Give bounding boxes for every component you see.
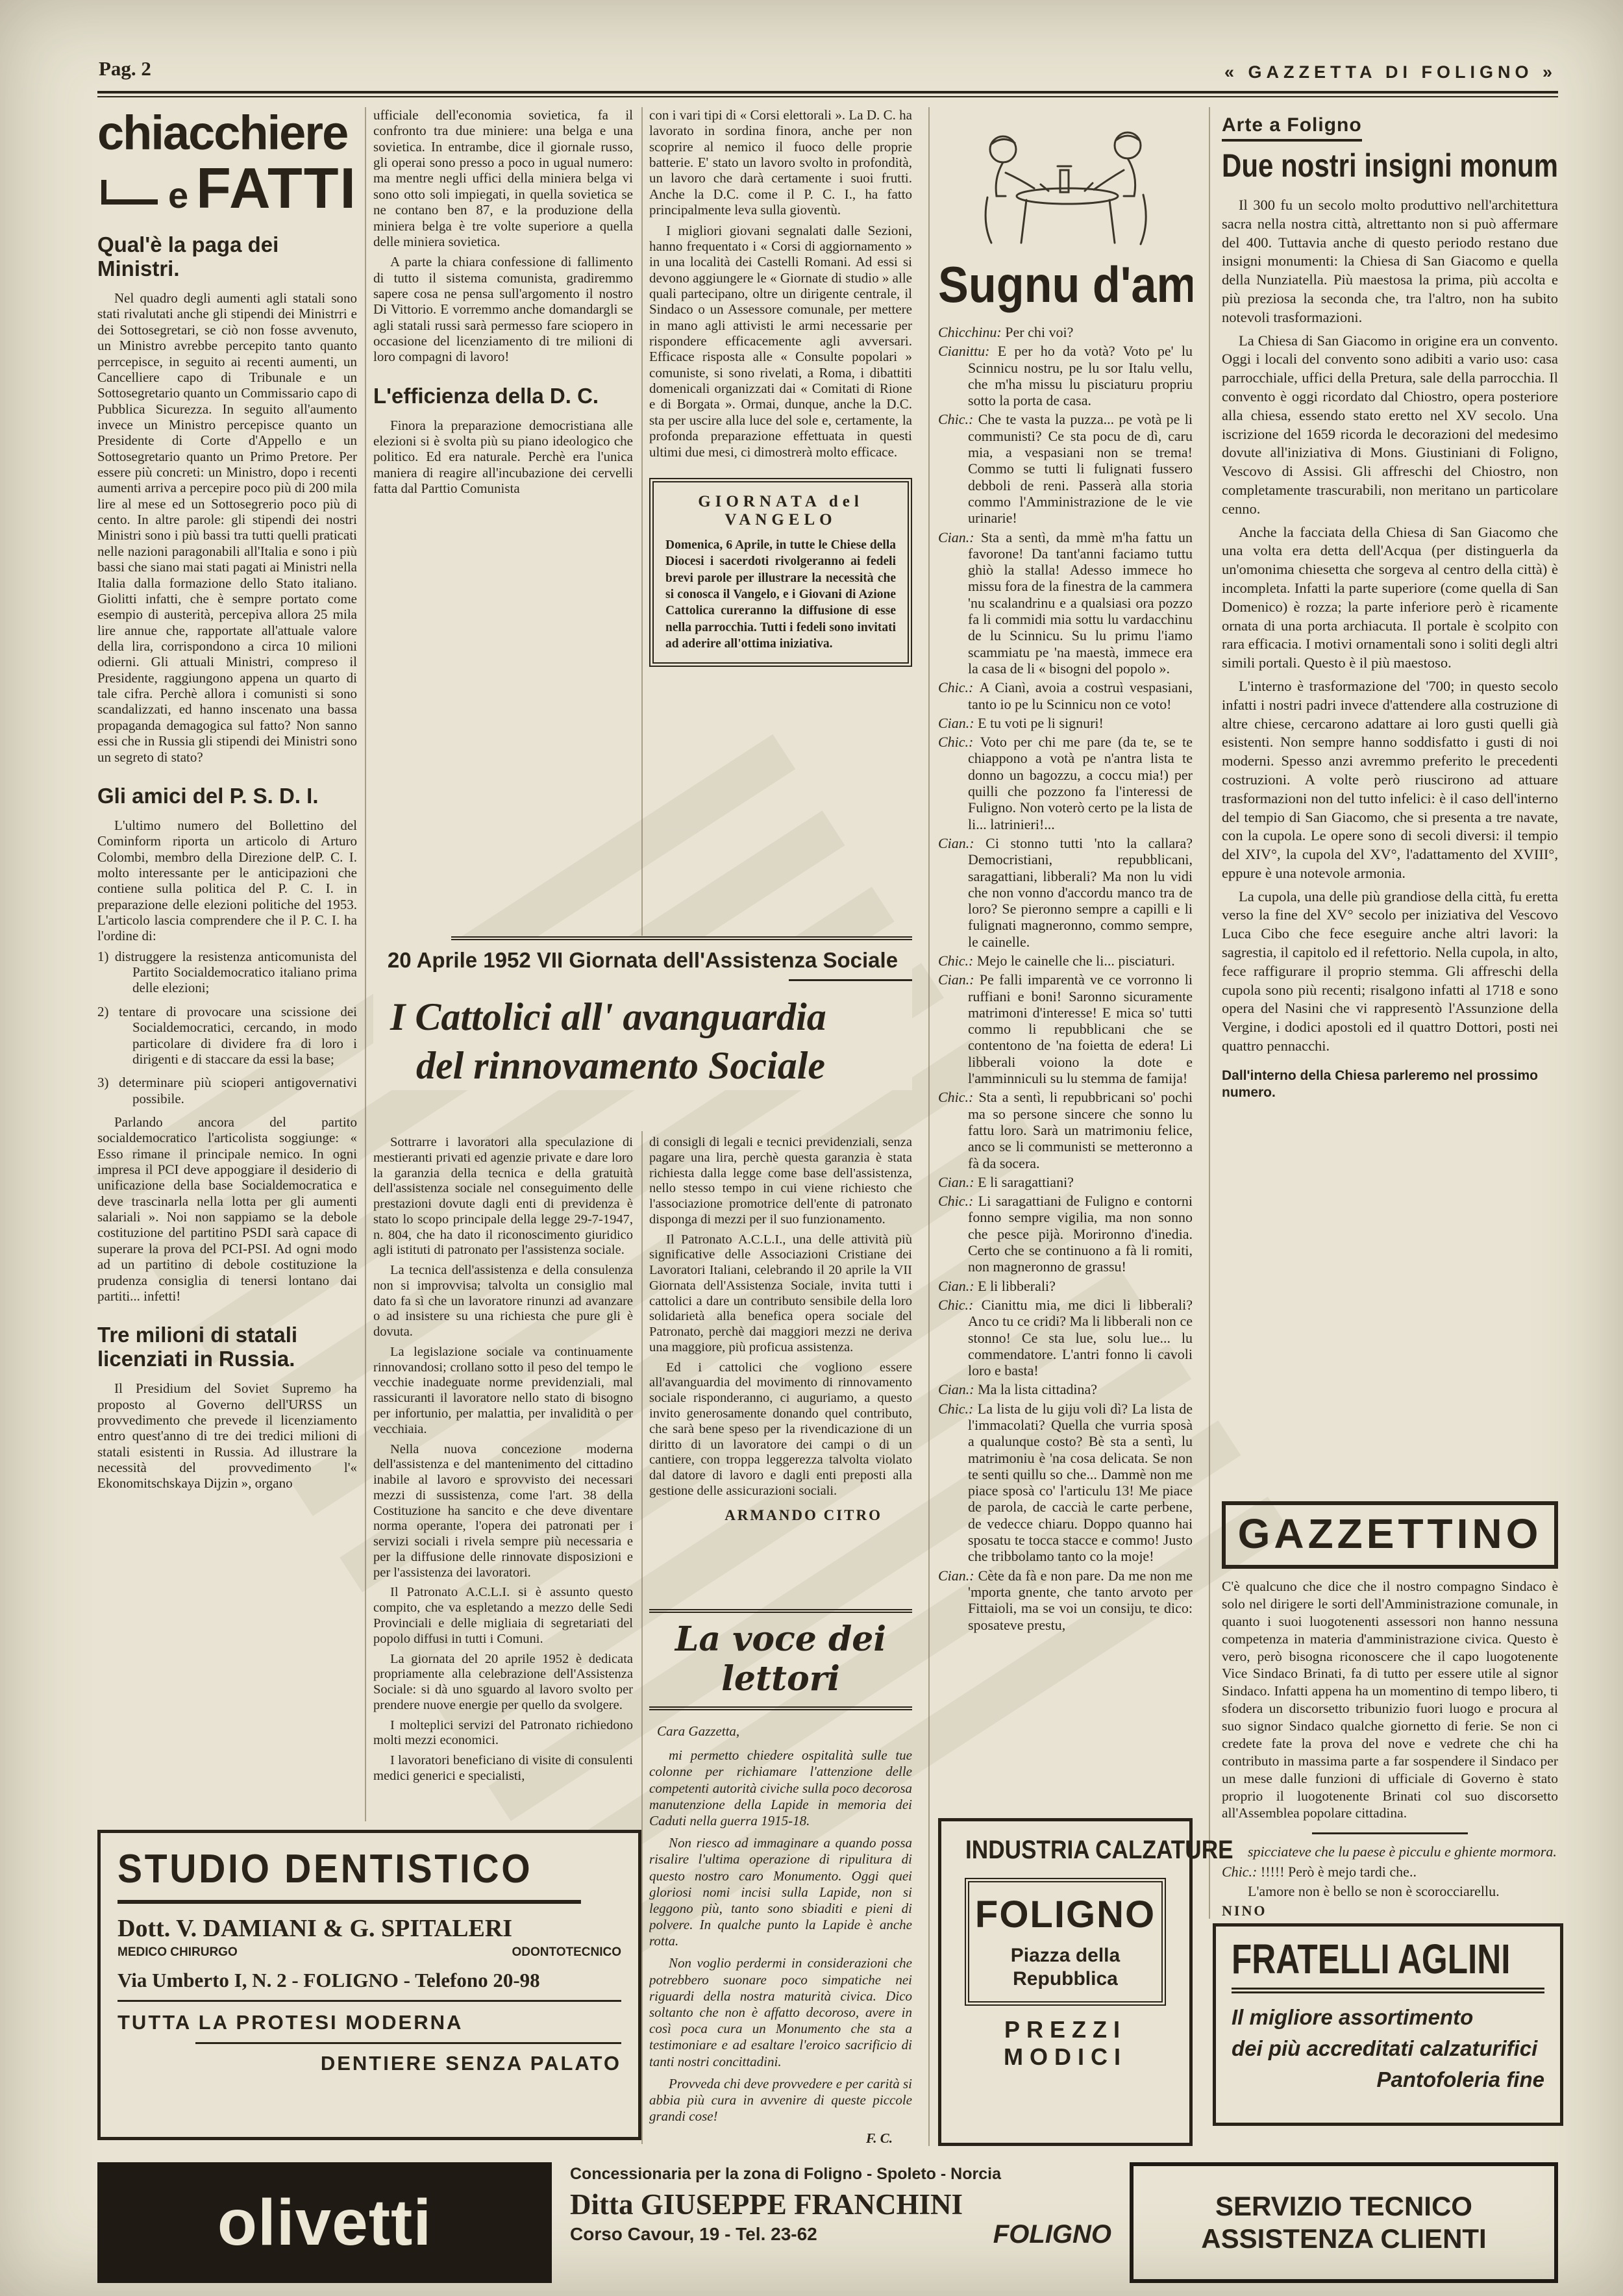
article-title-statali-russia: Tre milioni di statali licenziati in Rus… — [97, 1323, 357, 1371]
dialogue-speaker: Cian.: — [938, 1278, 978, 1294]
article-paragraph: La Chiesa di San Giacomo in origine era … — [1222, 332, 1558, 519]
dialogue-speaker: Cian.: — [938, 835, 985, 851]
ad-calzature-inner-box: FOLIGNO Piazza della Repubblica — [965, 1878, 1166, 2006]
article-paragraph: I lavoratori beneficiano di visite di co… — [373, 1753, 633, 1784]
column-divider — [641, 1131, 643, 2144]
dialogue-line: Cian.: Ma la lista cittadina? — [938, 1381, 1193, 1397]
ad-calzature-addr2: Repubblica — [1013, 1968, 1118, 1990]
article-paragraph: di consigli di legali e tecnici previden… — [649, 1135, 912, 1228]
header-rule — [97, 91, 1558, 97]
numbered-item: 1) distruggere la resistenza anticomunis… — [97, 949, 357, 996]
dialogue-speaker: Chic.: — [938, 1297, 982, 1313]
gazzettino-title-box: GAZZETTINO — [1222, 1501, 1558, 1569]
vangelo-box-text: Domenica, 6 Aprile, in tutte le Chiese d… — [665, 537, 896, 652]
olivetti-ditta: Ditta GIUSEPPE FRANCHINI — [570, 2188, 1111, 2221]
dialogue-line: Cianittu: E per ho da votà? Voto pe' lu … — [938, 343, 1193, 408]
dialogue-speaker: Cian.: — [938, 1381, 978, 1397]
column-4: Sugnu d'amore Chicchinu: Per chi voi?Cia… — [938, 107, 1193, 1812]
newspaper-page: Pag. 2 « GAZZETTA DI FOLIGNO » chiacchie… — [0, 0, 1623, 2296]
article-paragraph: Ed i cattolici che vogliono essere all'a… — [649, 1360, 912, 1499]
arte-foligno-title: Due nostri insigni monumenti — [1222, 149, 1504, 182]
article-outro-amici-psdi: Parlando ancora del partito socialdemocr… — [97, 1114, 357, 1304]
sugnu-damore-dialogue: Chicchinu: Per chi voi?Cianittu: E per h… — [938, 324, 1193, 1633]
article-paragraph: Il Presidium del Soviet Supremo ha propo… — [97, 1380, 357, 1491]
feature-body-left: Sottrarre i lavoratori alla speculazione… — [373, 1135, 633, 1784]
dialogue-line: Cian.: Pe falli imparentà ve ce vorronno… — [938, 971, 1193, 1086]
article-paragraph: ufficiale dell'economia sovietica, fa il… — [373, 107, 633, 249]
dialogue-speaker: Chic.: — [1222, 1864, 1257, 1880]
olivetti-service-box: SERVIZIO TECNICO ASSISTENZA CLIENTI — [1130, 2162, 1558, 2283]
dialogue-speaker: Cianittu: — [938, 343, 998, 359]
dialogue-line: Chic.: Sta a sentì, li repubbricani so' … — [938, 1089, 1193, 1171]
dialogue-line: Chic.: La lista de lu giju voli dì? La l… — [938, 1401, 1193, 1565]
column-5: Arte a Foligno Due nostri insigni monume… — [1222, 114, 1558, 1496]
kicker-rule — [451, 936, 912, 940]
dialogue-speaker: Chic.: — [938, 1401, 978, 1417]
masthead-title: « GAZZETTA DI FOLIGNO » — [1224, 62, 1557, 82]
two-men-talking-at-table-illustration — [938, 110, 1193, 253]
article-list-amici-psdi: 1) distruggere la resistenza anticomunis… — [97, 949, 357, 1106]
article-title-paga-ministri: Qual'è la paga dei Ministri. — [97, 233, 357, 281]
feature-headline-line1: I Cattolici all' avanguardia — [373, 993, 912, 1042]
feature-body-right: di consigli di legali e tecnici previden… — [649, 1135, 912, 1499]
dialogue-speaker: Chic.: — [938, 411, 978, 427]
gazzettino-title: GAZZETTINO — [1238, 1510, 1542, 1557]
dialogue-speaker: Chic.: — [938, 679, 980, 695]
ad-aglini-title: FRATELLI AGLINI — [1232, 1938, 1482, 1980]
feature-assistenza-sociale: 20 Aprile 1952 VII Giornata dell'Assiste… — [373, 936, 912, 1090]
ad-dentist-role-left: MEDICO CHIRURGO — [118, 1945, 238, 1960]
column-divider — [365, 107, 366, 1821]
dialogue-line: Cian.: E tu voti pe li signuri! — [938, 715, 1193, 731]
feature-signature: ARMANDO CITRO — [649, 1507, 912, 1524]
dialogue-speaker: Chic.: — [938, 1089, 979, 1105]
ad-aglini-line2: dei più accreditati calzaturifici — [1232, 2036, 1544, 2061]
dialogue-line: Chic.: A Cianì, avoia a costruì vespasia… — [938, 679, 1193, 712]
column-2: ufficiale dell'economia sovietica, fa il… — [373, 107, 633, 933]
article-paragraph: Anche la facciata della Chiesa di San Gi… — [1222, 523, 1558, 673]
giornata-del-vangelo-box: GIORNATA del VANGELO Domenica, 6 Aprile,… — [649, 478, 912, 667]
article-title-amici-psdi: Gli amici del P. S. D. I. — [97, 784, 357, 808]
feature-kicker: 20 Aprile 1952 VII Giornata dell'Assiste… — [373, 948, 912, 973]
ad-calzature-footer: PREZZI MODICI — [952, 2016, 1179, 2071]
dialogue-line: Cian.: E li saragattiani? — [938, 1174, 1193, 1190]
chiacchiere-e-fatti-logo: chiacchiere e FATTI — [97, 109, 357, 214]
letter-paragraph: mi permetto chiedere ospitalità sulle tu… — [649, 1747, 912, 1829]
letter-paragraph: Provveda chi deve provvedere e per carit… — [649, 2076, 912, 2125]
ad-dentist-title: STUDIO DENTISTICO — [118, 1846, 581, 1904]
letter-paragraph: Non voglio perdermi in considerazioni ch… — [649, 1955, 912, 2069]
dialogue-line: Cian.: E li libberali? — [938, 1278, 1193, 1294]
ad-aglini-rule — [1232, 1988, 1544, 1993]
sugnu-damore-closing: spicciateve che lu paese è picculu e ghi… — [1222, 1843, 1558, 1920]
dialogue-line: Chicchinu: Per chi voi? — [938, 324, 1193, 340]
ad-aglini-line3: Pantofoleria fine — [1232, 2067, 1544, 2092]
arte-foligno-kicker: Arte a Foligno — [1222, 114, 1362, 142]
ad-calzature-addr1: Piazza della — [1011, 1945, 1120, 1966]
article-paragraph: Sottrarre i lavoratori alla speculazione… — [373, 1135, 633, 1258]
article-paragraph: Il Patronato A.C.L.I. si è assunto quest… — [373, 1585, 633, 1647]
ad-dentist-doctors: Dott. V. DAMIANI & G. SPITALERI — [118, 1914, 621, 1943]
column-divider — [641, 107, 643, 936]
dialogue-speaker: Cian.: — [938, 1174, 978, 1190]
dialogue-line: Chic.: Voto per chi me pare (da te, se t… — [938, 734, 1193, 832]
letter-signature: F. C. — [649, 2130, 912, 2147]
article-body-efficienza-dc-col2: Finora la preparazione democristiana all… — [373, 418, 633, 497]
logo-word-chiacchiere: chiacchiere — [97, 109, 357, 157]
feature-column-left: Sottrarre i lavoratori alla speculazione… — [373, 1135, 633, 1821]
ad-aglini-line1: Il migliore assortimento — [1232, 2005, 1544, 2030]
sugnu-damore-title: Sugnu d'amore — [938, 259, 1167, 310]
olivetti-logo: olivetti — [97, 2162, 552, 2283]
ad-dentist-role-right: ODONTOTECNICO — [512, 1945, 621, 1960]
closing-rule — [1312, 1832, 1468, 1834]
dialogue-line: Cian.: Cète da fà e non pare. Da me non … — [938, 1567, 1193, 1633]
dialogue-final-text: !!!!! Però è mejo tardi che.. — [1261, 1864, 1417, 1880]
article-paragraph: A parte la chiara confessione di fallime… — [373, 254, 633, 365]
article-paragraph: Finora la preparazione democristiana all… — [373, 418, 633, 497]
vangelo-box-title: GIORNATA del VANGELO — [665, 493, 896, 529]
article-paragraph: con i vari tipi di « Corsi elettorali ».… — [649, 107, 912, 218]
letter-paragraph: Non riesco ad immaginare a quando possa … — [649, 1835, 912, 1949]
dialogue-line: Chic.: Che te vasta la puzza... pe votà … — [938, 411, 1193, 526]
article-paragraph: L'ultimo numero del Bollettino del Comin… — [97, 817, 357, 944]
feature-headline: I Cattolici all' avanguardia del rinnova… — [373, 993, 912, 1090]
reader-letter: Cara Gazzetta, mi permetto chiedere ospi… — [649, 1723, 912, 2147]
article-paragraph: C'è qualcuno che dice che il nostro comp… — [1222, 1578, 1558, 1822]
article-title-efficienza-dc: L'efficienza della D. C. — [373, 384, 633, 408]
article-paragraph: La tecnica dell'assistenza e della consu… — [373, 1263, 633, 1340]
arte-foligno-body: Il 300 fu un secolo molto produttivo nel… — [1222, 196, 1558, 1056]
ad-dentist-address: Via Umberto I, N. 2 - FOLIGNO - Telefono… — [118, 1969, 621, 2002]
dialogue-final-line: Chic.: !!!!! Però è mejo tardi che.. — [1222, 1864, 1558, 1880]
article-paragraph: Nel quadro degli aumenti agli statali so… — [97, 290, 357, 765]
column-divider — [928, 107, 930, 2146]
ad-calzature-city: FOLIGNO — [974, 1893, 1156, 1936]
article-paragraph: I molteplici servizi del Patronato richi… — [373, 1718, 633, 1749]
gazzettino-body: C'è qualcuno che dice che il nostro comp… — [1222, 1578, 1558, 1822]
ad-calzature-title: INDUSTRIA CALZATURE — [965, 1836, 1165, 1865]
article-paragraph: Parlando ancora del partito socialdemocr… — [97, 1114, 357, 1304]
article-body-statali-russia-col2: ufficiale dell'economia sovietica, fa il… — [373, 107, 633, 365]
column-3: con i vari tipi di « Corsi elettorali ».… — [649, 107, 912, 933]
article-intro-amici-psdi: L'ultimo numero del Bollettino del Comin… — [97, 817, 357, 944]
ad-industria-calzature: INDUSTRIA CALZATURE FOLIGNO Piazza della… — [938, 1818, 1193, 2146]
dialogue-line: Chic.: Li saragattiani de Fuligno e cont… — [938, 1193, 1193, 1275]
dialogue-speaker: Chicchinu: — [938, 324, 1005, 340]
logo-word-e: e — [168, 177, 188, 214]
dialogue-speaker: Chic.: — [938, 1193, 978, 1209]
logo-word-fatti: FATTI — [196, 162, 357, 214]
feature-headline-line2: del rinnovamento Sociale — [373, 1042, 912, 1090]
column-1: chiacchiere e FATTI Qual'è la paga dei M… — [97, 109, 357, 1823]
dialogue-continuation: spicciateve che lu paese è picculu e ghi… — [1222, 1843, 1558, 1860]
article-paragraph: La giornata del 20 aprile 1952 è dedicat… — [373, 1652, 633, 1714]
dialogue-speaker: Cian.: — [938, 529, 981, 545]
article-paragraph: La cupola, una delle più grandiose della… — [1222, 888, 1558, 1056]
gazzettino-section: GAZZETTINO C'è qualcuno che dice che il … — [1222, 1501, 1558, 1923]
article-paragraph: Nella nuova concezione moderna dell'assi… — [373, 1442, 633, 1581]
section-rule-bottom — [649, 1706, 912, 1710]
column-divider — [1209, 107, 1210, 1919]
article-paragraph: I migliori giovani segnalati dalle Sezio… — [649, 223, 912, 460]
article-body-statali-russia-col1: Il Presidium del Soviet Supremo ha propo… — [97, 1380, 357, 1491]
article-paragraph: Il Patronato A.C.L.I., una delle attivit… — [649, 1232, 912, 1356]
ad-dentist-line-a: TUTTA LA PROTESI MODERNA — [118, 2011, 621, 2034]
dialogue-author: NINO — [1222, 1903, 1558, 1919]
dialogue-speaker: Cian.: — [938, 1567, 978, 1584]
kicker-rule-bottom — [789, 979, 912, 981]
ad-olivetti-band: olivetti Concessionaria per la zona di F… — [97, 2162, 1558, 2283]
olivetti-address: Corso Cavour, 19 - Tel. 23-62 — [570, 2224, 817, 2245]
feature-column-right: di consigli di legali e tecnici previden… — [649, 1135, 912, 1616]
section-rule-top — [649, 1609, 912, 1613]
numbered-item: 3) determinare più scioperi antigovernat… — [97, 1075, 357, 1106]
sketch-drawing — [948, 113, 1182, 249]
ad-calzature-address: Piazza della Repubblica — [974, 1944, 1156, 1991]
page-number-label: Pag. 2 — [99, 57, 151, 81]
numbered-item: 2) tentare di provocare una scissione de… — [97, 1004, 357, 1067]
arte-foligno-note: Dall'interno della Chiesa parleremo nel … — [1222, 1067, 1558, 1102]
voce-lettori-title: La voce dei lettori — [649, 1619, 912, 1699]
dialogue-line: Chic.: Mejo le cainelle che li... piscia… — [938, 953, 1193, 969]
article-paragraph: L'interno è trasformazione del '700; in … — [1222, 677, 1558, 883]
dialogue-speaker: Chic.: — [938, 953, 977, 969]
article-body-efficienza-dc-col3: con i vari tipi di « Corsi elettorali ».… — [649, 107, 912, 460]
letter-body: mi permetto chiedere ospitalità sulle tu… — [649, 1747, 912, 2125]
ad-fratelli-aglini: FRATELLI AGLINI Il migliore assortimento… — [1213, 1923, 1563, 2126]
article-paragraph: Il 300 fu un secolo molto produttivo nel… — [1222, 196, 1558, 327]
logo-rule — [101, 180, 158, 205]
dialogue-moral: L'amore non è bello se non è scorocciare… — [1222, 1883, 1558, 1900]
letter-salutation: Cara Gazzetta, — [649, 1723, 912, 1740]
voce-dei-lettori-section: La voce dei lettori Cara Gazzetta, mi pe… — [649, 1609, 912, 2147]
dialogue-line: Cian.: Sta a sentì, da mmè m'ha fattu un… — [938, 529, 1193, 677]
dialogue-speaker: Cian.: — [938, 971, 980, 988]
dialogue-speaker: Cian.: — [938, 715, 978, 731]
dialogue-line: Chic.: Cianittu mia, me dici li libberal… — [938, 1297, 1193, 1379]
dialogue-speaker: Chic.: — [938, 734, 980, 750]
olivetti-concessionaria: Concessionaria per la zona di Foligno - … — [570, 2165, 1111, 2184]
article-body-paga-ministri: Nel quadro degli aumenti agli statali so… — [97, 290, 357, 765]
dialogue-line: Cian.: Ci stonno tutti 'nto la callara? … — [938, 835, 1193, 950]
article-paragraph: La legislazione sociale va continuamente… — [373, 1345, 633, 1438]
ad-dentist-line-b: DENTIERE SENZA PALATO — [195, 2042, 621, 2075]
olivetti-city: FOLIGNO — [993, 2220, 1111, 2249]
olivetti-dealer-info: Concessionaria per la zona di Foligno - … — [570, 2162, 1111, 2283]
ad-studio-dentistico: STUDIO DENTISTICO Dott. V. DAMIANI & G. … — [97, 1830, 641, 2140]
